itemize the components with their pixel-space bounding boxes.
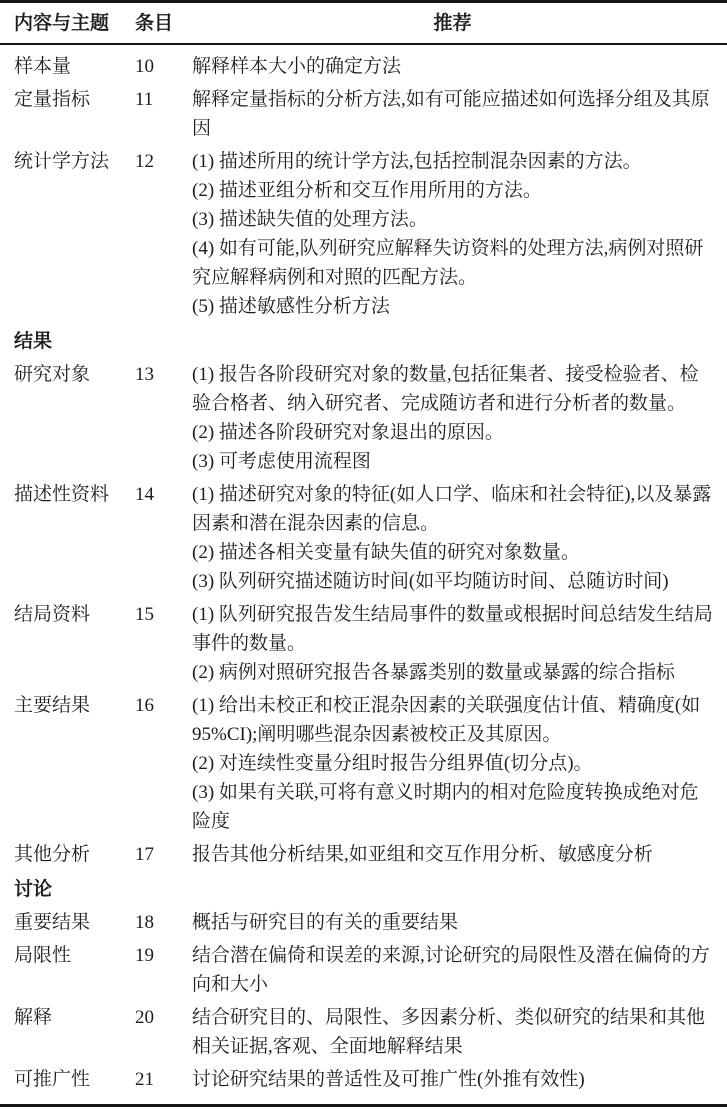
recommendation-line: (2) 病例对照研究报告各暴露类别的数量或暴露的综合指标	[192, 658, 713, 687]
recommendation-cell: (1) 给出未校正和校正混杂因素的关联强度估计值、精确度(如95%CI);阐明哪…	[192, 691, 713, 836]
item-number: 12	[135, 147, 192, 176]
recommendation-line: 讨论研究结果的普适性及可推广性(外推有效性)	[192, 1065, 713, 1094]
topic-cell: 样本量	[14, 52, 135, 81]
recommendation-cell: 解释样本大小的确定方法	[192, 52, 713, 81]
recommendation-cell: 报告其他分析结果,如亚组和交互作用分析、敏感度分析	[192, 840, 713, 869]
table-row: 结局资料 15 (1) 队列研究报告发生结局事件的数量或根据时间总结发生结局事件…	[0, 598, 727, 689]
topic-cell: 结局资料	[14, 600, 135, 629]
recommendation-line: (2) 描述亚组分析和交互作用所用的方法。	[192, 176, 713, 205]
recommendation-line: 解释样本大小的确定方法	[192, 52, 713, 81]
recommendation-line: (3) 如果有关联,可将有意义时期内的相对危险度转换成绝对危险度	[192, 778, 713, 836]
column-header-item: 条目	[135, 12, 192, 36]
table-row: 可推广性 21 讨论研究结果的普适性及可推广性(外推有效性)	[0, 1063, 727, 1096]
recommendation-cell: 结合潜在偏倚和误差的来源,讨论研究的局限性及潜在偏倚的方向和大小	[192, 941, 713, 999]
item-number: 14	[135, 480, 192, 509]
item-number: 21	[135, 1065, 192, 1094]
topic-cell: 统计学方法	[14, 147, 135, 176]
topic-cell: 其他分析	[14, 840, 135, 869]
table-row: 解释 20 结合研究目的、局限性、多因素分析、类似研究的结果和其他相关证据,客观…	[0, 1001, 727, 1063]
recommendation-line: (1) 描述研究对象的特征(如人口学、临床和社会特征),以及暴露因素和潜在混杂因…	[192, 480, 713, 538]
section-row: 结果	[0, 323, 727, 358]
recommendation-line: 结合潜在偏倚和误差的来源,讨论研究的局限性及潜在偏倚的方向和大小	[192, 941, 713, 999]
table-header-row: 内容与主题 条目 推荐	[0, 3, 727, 45]
section-title: 讨论	[14, 875, 52, 904]
recommendation-line: (3) 描述缺失值的处理方法。	[192, 205, 713, 234]
section-title: 结果	[14, 327, 52, 356]
column-header-topic: 内容与主题	[14, 12, 135, 36]
item-number: 20	[135, 1003, 192, 1032]
recommendation-line: (4) 如有可能,队列研究应解释失访资料的处理方法,病例对照研究应解释病例和对照…	[192, 234, 713, 292]
recommendation-cell: (1) 报告各阶段研究对象的数量,包括征集者、接受检验者、检验合格者、纳入研究者…	[192, 360, 713, 476]
table-row: 描述性资料 14 (1) 描述研究对象的特征(如人口学、临床和社会特征),以及暴…	[0, 478, 727, 598]
strobe-checklist-table: 内容与主题 条目 推荐 样本量 10 解释样本大小的确定方法 定量指标 11 解…	[0, 0, 727, 1107]
topic-cell: 解释	[14, 1003, 135, 1032]
table-row: 样本量 10 解释样本大小的确定方法	[0, 50, 727, 83]
recommendation-cell: (1) 描述研究对象的特征(如人口学、临床和社会特征),以及暴露因素和潜在混杂因…	[192, 480, 713, 596]
item-number: 17	[135, 840, 192, 869]
recommendation-line: (2) 描述各阶段研究对象退出的原因。	[192, 418, 713, 447]
recommendation-line: (1) 描述所用的统计学方法,包括控制混杂因素的方法。	[192, 147, 713, 176]
item-number: 15	[135, 600, 192, 629]
recommendation-line: (3) 队列研究描述随访时间(如平均随访时间、总随访时间)	[192, 567, 713, 596]
recommendation-line: 报告其他分析结果,如亚组和交互作用分析、敏感度分析	[192, 840, 713, 869]
recommendation-cell: 概括与研究目的有关的重要结果	[192, 908, 713, 937]
recommendation-line: (5) 描述敏感性分析方法	[192, 292, 713, 321]
table-row: 局限性 19 结合潜在偏倚和误差的来源,讨论研究的局限性及潜在偏倚的方向和大小	[0, 939, 727, 1001]
table-row: 其他分析 17 报告其他分析结果,如亚组和交互作用分析、敏感度分析	[0, 838, 727, 871]
table-row: 统计学方法 12 (1) 描述所用的统计学方法,包括控制混杂因素的方法。 (2)…	[0, 145, 727, 323]
recommendation-cell: 解释定量指标的分析方法,如有可能应描述如何选择分组及其原因	[192, 85, 713, 143]
recommendation-line: (2) 描述各相关变量有缺失值的研究对象数量。	[192, 538, 713, 567]
topic-cell: 重要结果	[14, 908, 135, 937]
table-row: 研究对象 13 (1) 报告各阶段研究对象的数量,包括征集者、接受检验者、检验合…	[0, 358, 727, 478]
item-number: 11	[135, 85, 192, 114]
recommendation-cell: 讨论研究结果的普适性及可推广性(外推有效性)	[192, 1065, 713, 1094]
recommendation-cell: 结合研究目的、局限性、多因素分析、类似研究的结果和其他相关证据,客观、全面地解释…	[192, 1003, 713, 1061]
table-body: 样本量 10 解释样本大小的确定方法 定量指标 11 解释定量指标的分析方法,如…	[0, 45, 727, 1104]
recommendation-line: (2) 对连续性变量分组时报告分组界值(切分点)。	[192, 749, 713, 778]
column-header-recommendation: 推荐	[192, 12, 713, 36]
recommendation-line: 结合研究目的、局限性、多因素分析、类似研究的结果和其他相关证据,客观、全面地解释…	[192, 1003, 713, 1061]
item-number: 16	[135, 691, 192, 720]
recommendation-line: 概括与研究目的有关的重要结果	[192, 908, 713, 937]
topic-cell: 可推广性	[14, 1065, 135, 1094]
scanned-paper-page: 内容与主题 条目 推荐 样本量 10 解释样本大小的确定方法 定量指标 11 解…	[0, 0, 727, 1109]
item-number: 18	[135, 908, 192, 937]
item-number: 10	[135, 52, 192, 81]
item-number: 13	[135, 360, 192, 389]
item-number: 19	[135, 941, 192, 970]
recommendation-cell: (1) 队列研究报告发生结局事件的数量或根据时间总结发生结局事件的数量。 (2)…	[192, 600, 713, 687]
recommendation-line: (3) 可考虑使用流程图	[192, 447, 713, 476]
topic-cell: 描述性资料	[14, 480, 135, 509]
table-row: 重要结果 18 概括与研究目的有关的重要结果	[0, 906, 727, 939]
table-row: 定量指标 11 解释定量指标的分析方法,如有可能应描述如何选择分组及其原因	[0, 83, 727, 145]
recommendation-line: (1) 给出未校正和校正混杂因素的关联强度估计值、精确度(如95%CI);阐明哪…	[192, 691, 713, 749]
recommendation-line: (1) 队列研究报告发生结局事件的数量或根据时间总结发生结局事件的数量。	[192, 600, 713, 658]
topic-cell: 定量指标	[14, 85, 135, 114]
recommendation-cell: (1) 描述所用的统计学方法,包括控制混杂因素的方法。 (2) 描述亚组分析和交…	[192, 147, 713, 321]
topic-cell: 局限性	[14, 941, 135, 970]
recommendation-line: 解释定量指标的分析方法,如有可能应描述如何选择分组及其原因	[192, 85, 713, 143]
topic-cell: 主要结果	[14, 691, 135, 720]
table-row: 主要结果 16 (1) 给出未校正和校正混杂因素的关联强度估计值、精确度(如95…	[0, 689, 727, 838]
topic-cell: 研究对象	[14, 360, 135, 389]
section-row: 讨论	[0, 871, 727, 906]
recommendation-line: (1) 报告各阶段研究对象的数量,包括征集者、接受检验者、检验合格者、纳入研究者…	[192, 360, 713, 418]
